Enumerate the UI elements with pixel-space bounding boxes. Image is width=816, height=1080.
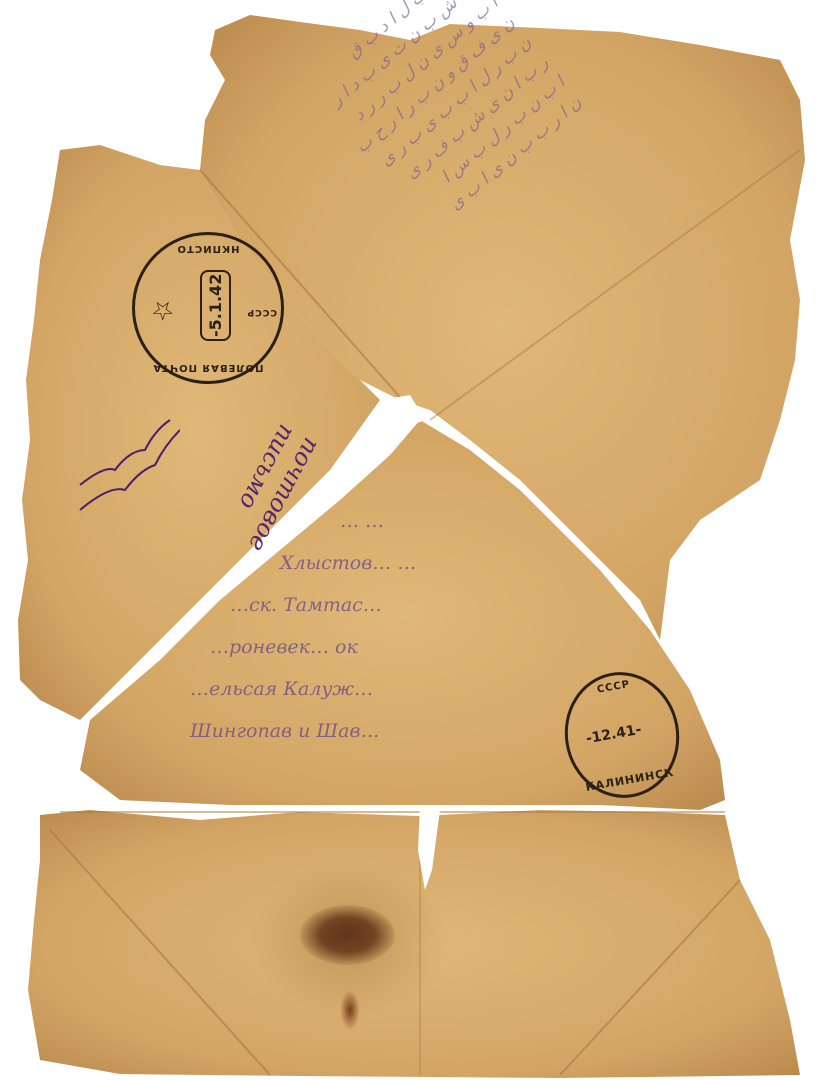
address-line: …ск. Тамтас… [190,584,416,626]
postmark-ring-text: ПОЛЕВАЯ ПОЧТА [135,362,281,373]
star-icon: ☆ [151,295,174,325]
address-line: …роневек… ок [190,626,416,668]
postmark-date: -5.1.42 [200,270,231,341]
postmark-field-post: ПОЛЕВАЯ ПОЧТА НКПИСТО СССР ☆ -5.1.42 [132,232,284,384]
postmark-ring-text: НКПИСТО [135,243,281,254]
address-line: Шингопав и Шав… [190,710,416,752]
address-line: …ельсая Калуж… [190,668,416,710]
postmark-date: -12.41- [581,719,647,750]
address-line: Хлыстов… … [190,542,416,584]
squiggle-mark [70,410,180,520]
letter-photo: ا ن ب ب ل ا د ب ق ب ا ش ب ن ت ی ب د ا ر … [0,0,816,1080]
postmark-ring-text: СССР [247,307,277,317]
address-block: … … Хлыстов… … …ск. Тамтас… …роневек… ок… [190,500,416,752]
